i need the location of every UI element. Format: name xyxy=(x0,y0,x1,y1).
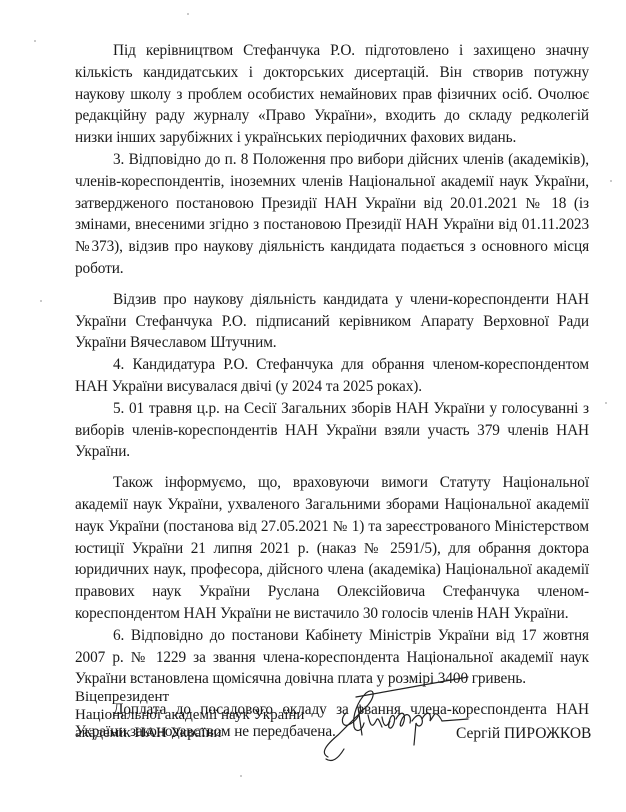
paragraph-supervision: Під керівництвом Стефанчука Р.О. підгото… xyxy=(75,40,589,149)
letter-body: Під керівництвом Стефанчука Р.О. підгото… xyxy=(75,40,589,743)
paragraph-review: Відзив про наукову діяльність кандидата … xyxy=(75,289,589,354)
paragraph-votes-info: Також інформуємо, що, враховуючи вимоги … xyxy=(75,472,589,625)
paragraph-item-3: 3. Відповідно до п. 8 Положення про вибо… xyxy=(75,149,589,280)
handwritten-signature-icon xyxy=(318,675,478,765)
scan-speck xyxy=(40,300,42,302)
scan-speck xyxy=(240,775,242,777)
signatory-title-line-3: академік НАН України xyxy=(75,724,304,742)
signatory-name: Сергій ПИРОЖКОВ xyxy=(456,725,591,743)
paragraph-item-5: 5. 01 травня ц.р. на Сесії Загальних збо… xyxy=(75,398,589,463)
scan-speck xyxy=(34,40,36,42)
signatory-title-line-1: Віцепрезидент xyxy=(75,688,304,706)
paragraph-item-4: 4. Кандидатура Р.О. Стефанчука для обран… xyxy=(75,354,589,398)
scan-speck xyxy=(610,180,612,182)
scan-speck xyxy=(187,13,189,15)
signatory-title: Віцепрезидент Національної академії наук… xyxy=(75,688,304,742)
signatory-title-line-2: Національної академії наук України xyxy=(75,706,304,724)
scan-speck xyxy=(605,402,607,404)
